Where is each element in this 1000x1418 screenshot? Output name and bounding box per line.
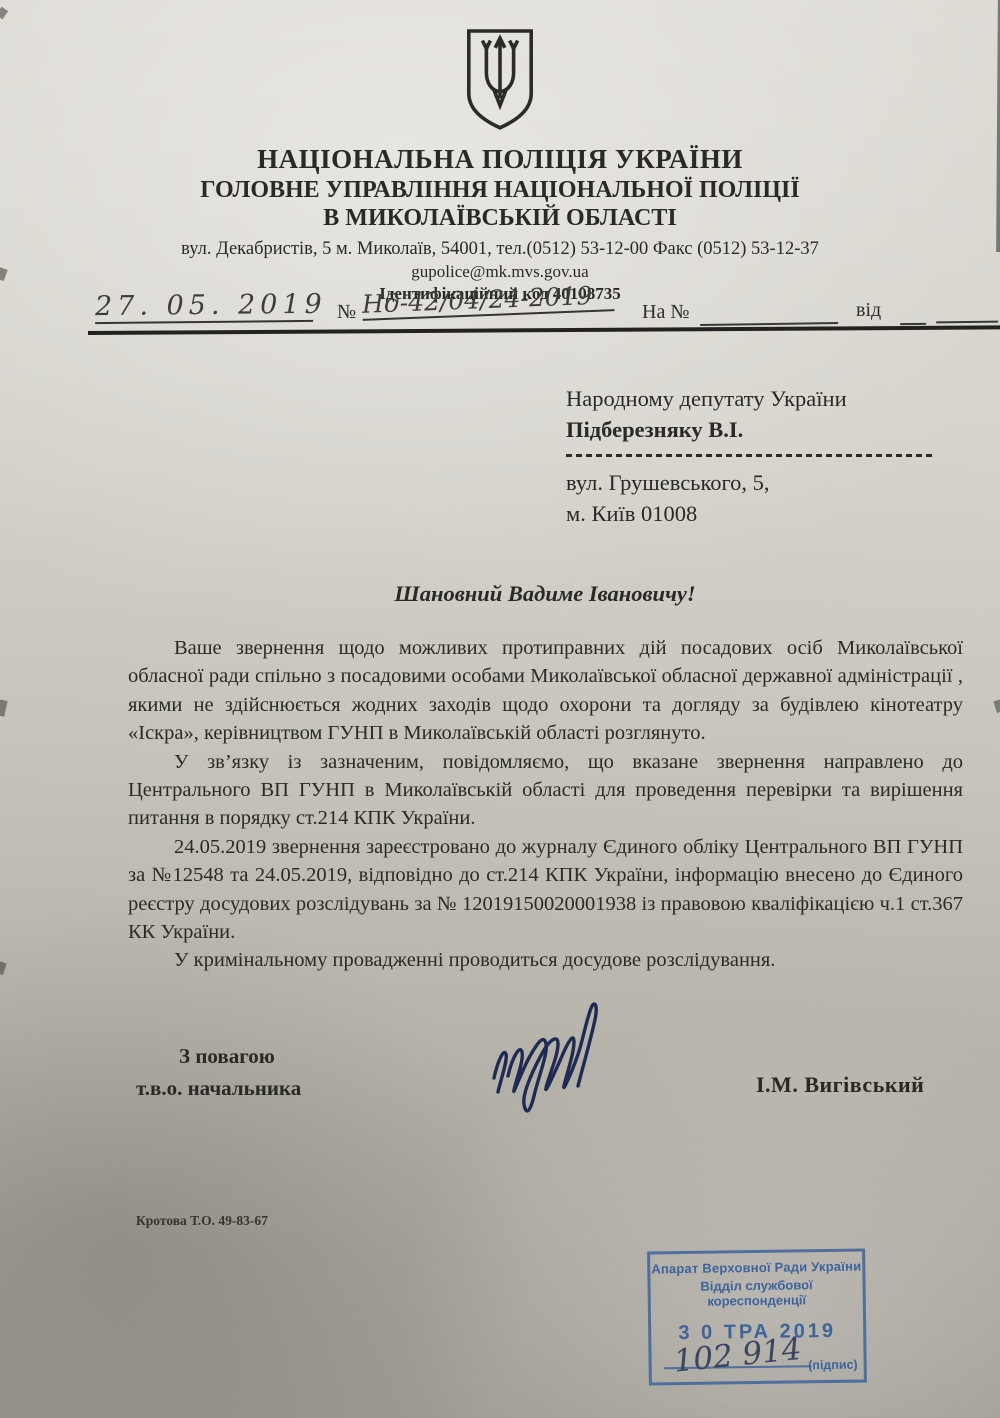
scan-edge-mark — [0, 961, 7, 975]
letter-body: Ваше звернення щодо можливих протиправни… — [128, 634, 963, 975]
recipient-address-line2: м. Київ 01008 — [566, 498, 946, 529]
stamp-org-line2: Відділ службової кореспонденції — [650, 1277, 862, 1310]
recipient-block: Народному депутату України Підберезняку … — [566, 383, 946, 529]
from-date-label: від — [856, 299, 881, 322]
scan-edge-mark — [0, 7, 8, 20]
letterhead-divider-rule — [88, 325, 1000, 334]
closing-line2: т.в.о. начальника — [136, 1076, 301, 1101]
body-paragraph-2: У зв’язку із зазначеним, повідомляємо, щ… — [128, 748, 963, 833]
org-name-line3: В МИКОЛАЇВСЬКІЙ ОБЛАСТІ — [0, 205, 1000, 232]
handwritten-signature — [482, 998, 632, 1120]
body-paragraph-4: У кримінальному провадженні проводиться … — [128, 946, 963, 974]
from-date-blank — [900, 301, 926, 325]
reply-number-label: На № — [642, 301, 689, 324]
number-label: № — [337, 301, 356, 324]
stamp-org-line1: Апарат Верховної Ради України — [650, 1259, 862, 1277]
trident-emblem-icon — [460, 24, 540, 134]
org-name-line1: НАЦІОНАЛЬНА ПОЛІЦІЯ УКРАЇНИ — [0, 144, 1000, 175]
from-date-blank — [936, 299, 998, 324]
outgoing-date-handwritten: 27. 05. 2019 — [95, 289, 313, 324]
scanned-letter-page: НАЦІОНАЛЬНА ПОЛІЦІЯ УКРАЇНИ ГОЛОВНЕ УПРА… — [0, 0, 1000, 1418]
body-paragraph-3: 24.05.2019 звернення зареєстровано до жу… — [128, 833, 963, 947]
org-email: gupolice@mk.mvs.gov.ua — [0, 262, 1000, 282]
dashed-separator — [566, 454, 934, 457]
scan-edge-mark — [993, 699, 1000, 713]
signer-name: І.М. Вигівський — [756, 1072, 924, 1098]
reply-number-blank — [700, 300, 838, 326]
registration-stamp: Апарат Верховної Ради України Відділ слу… — [647, 1248, 867, 1385]
closing-line1: З повагою — [179, 1044, 275, 1069]
recipient-address-line1: вул. Грушевського, 5, — [566, 467, 946, 498]
salutation: Шановний Вадиме Івановичу! — [128, 581, 962, 607]
recipient-name: Підберезняку В.І. — [566, 414, 946, 445]
letterhead: НАЦІОНАЛЬНА ПОЛІЦІЯ УКРАЇНИ ГОЛОВНЕ УПРА… — [0, 24, 1000, 304]
org-address: вул. Декабристів, 5 м. Миколаїв, 54001, … — [0, 239, 1000, 260]
executor-reference: Кротова Т.О. 49-83-67 — [136, 1213, 268, 1229]
stamp-number-row: 102 914 (підпис) — [659, 1334, 858, 1377]
stamp-signature-label: (підпис) — [808, 1358, 858, 1373]
recipient-title: Народному депутату України — [566, 383, 946, 414]
scan-edge-mark — [0, 699, 8, 717]
org-name-line2: ГОЛОВНЕ УПРАВЛІННЯ НАЦІОНАЛЬНОЇ ПОЛІЦІЇ — [0, 177, 1000, 204]
body-paragraph-1: Ваше звернення щодо можливих протиправни… — [128, 634, 963, 748]
stamp-number-handwritten: 102 914 — [672, 1331, 803, 1380]
